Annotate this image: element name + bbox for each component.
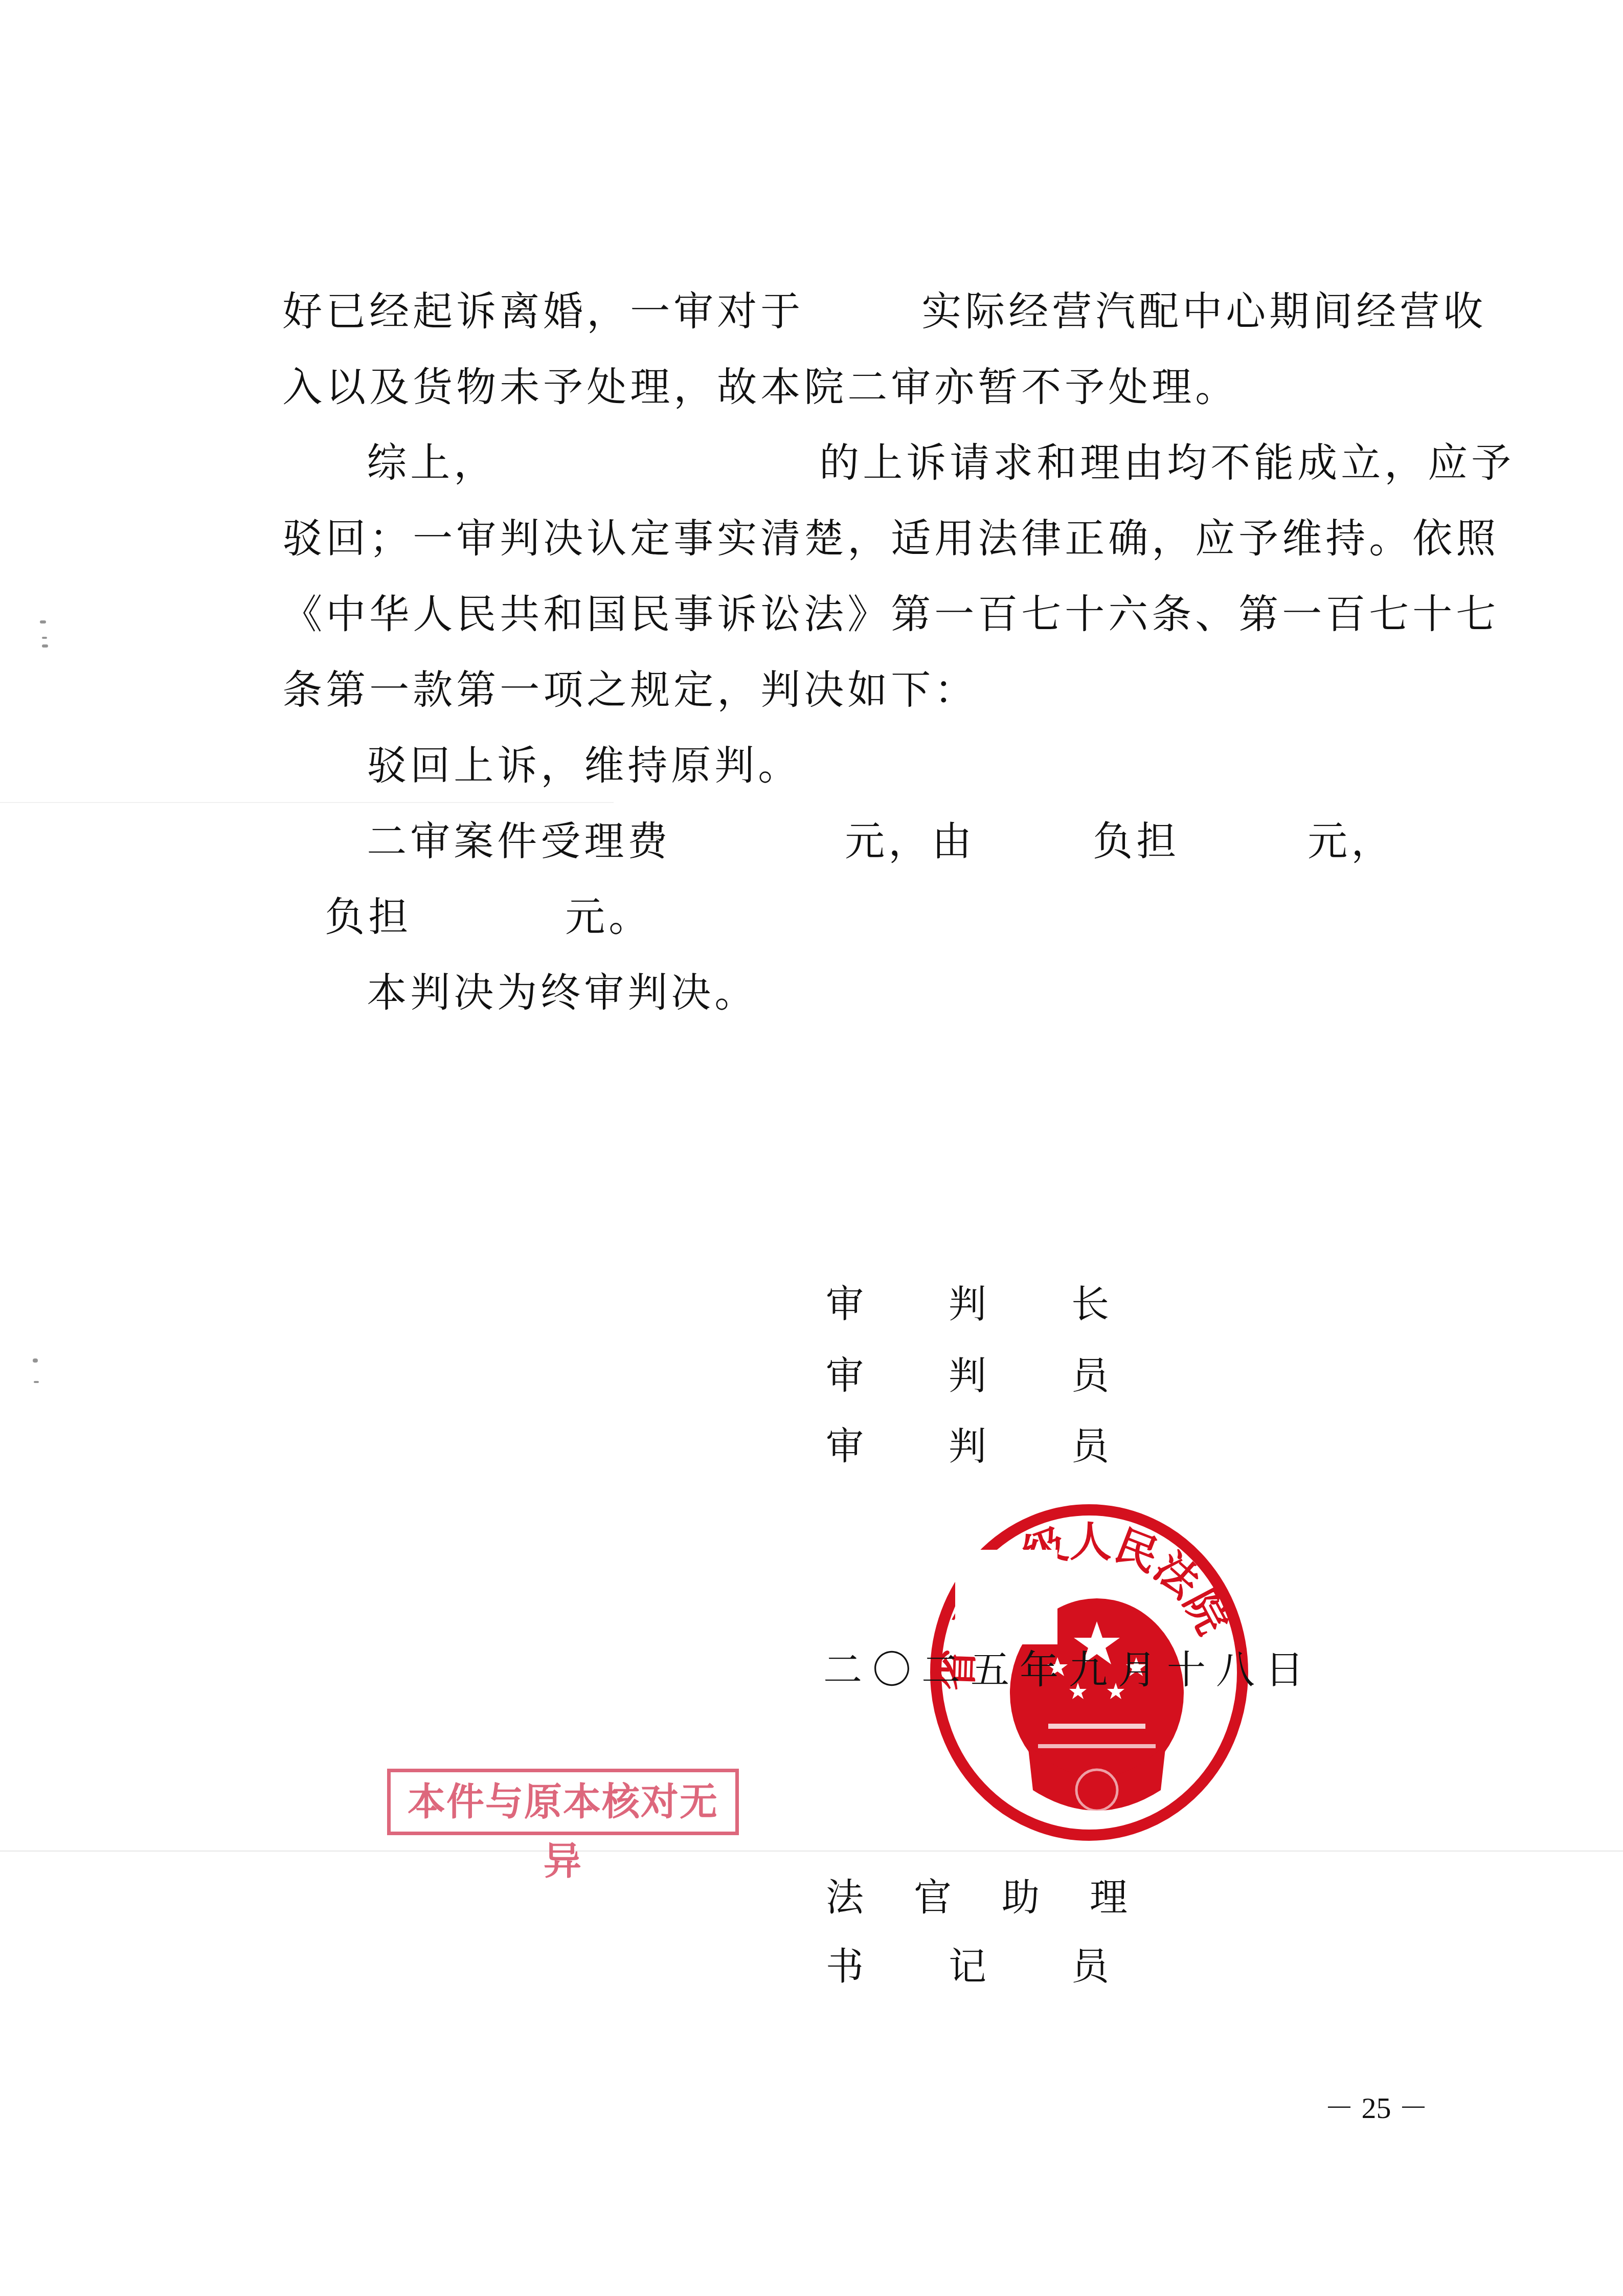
scan-artifact: [42, 637, 47, 639]
scan-artifact: [34, 1381, 39, 1383]
sig-char: 法: [826, 1872, 914, 1923]
sig-char: 员: [1071, 1421, 1194, 1472]
signature-judge-assistant: 法 官 助 理: [826, 1872, 1178, 1923]
signature-judge-2: 审 判 员: [826, 1421, 1194, 1472]
sig-char: 判: [949, 1279, 1071, 1330]
redaction-patch: [955, 1550, 1057, 1644]
copy-certification-stamp: 本件与原本核对无异: [387, 1769, 739, 1835]
scan-artifact: [40, 620, 46, 623]
fee-text: 负担: [1093, 819, 1180, 865]
fee-text: 元，由: [845, 819, 975, 865]
signature-judge-1: 审 判 员: [826, 1350, 1194, 1401]
judgment-date: 二〇二五年九月十八日: [823, 1644, 1314, 1696]
sig-char: 员: [1071, 1941, 1194, 1992]
document-page: 好已经起诉离婚，一审对于实际经营汽配中心期间经营收 入以及货物未予处理，故本院二…: [0, 0, 1623, 2296]
sig-char: 审: [826, 1421, 949, 1472]
sig-char: 审: [826, 1350, 949, 1401]
sig-char: 判: [949, 1350, 1071, 1401]
signature-presiding-judge: 审 判 长: [826, 1279, 1194, 1330]
fee-text: 元，: [1308, 819, 1394, 865]
sig-char: 理: [1090, 1872, 1178, 1923]
sig-char: 判: [949, 1421, 1071, 1472]
finality-line: 本判决为终审判决。: [302, 917, 758, 1070]
sig-char: 员: [1071, 1350, 1194, 1401]
sig-char: 审: [826, 1279, 949, 1330]
finality-text: 本判决为终审判决。: [367, 970, 758, 1016]
page-number: － 25 －: [1324, 2088, 1428, 2129]
sig-char: 记: [949, 1941, 1071, 1992]
scan-artifact: [42, 644, 48, 648]
scan-rule: [0, 1851, 1623, 1852]
signature-clerk: 书 记 员: [826, 1941, 1194, 1992]
sig-char: 长: [1071, 1279, 1194, 1330]
sig-char: 助: [1002, 1872, 1090, 1923]
sig-char: 官: [914, 1872, 1002, 1923]
scan-artifact: [33, 1358, 38, 1363]
sig-char: 书: [826, 1941, 949, 1992]
